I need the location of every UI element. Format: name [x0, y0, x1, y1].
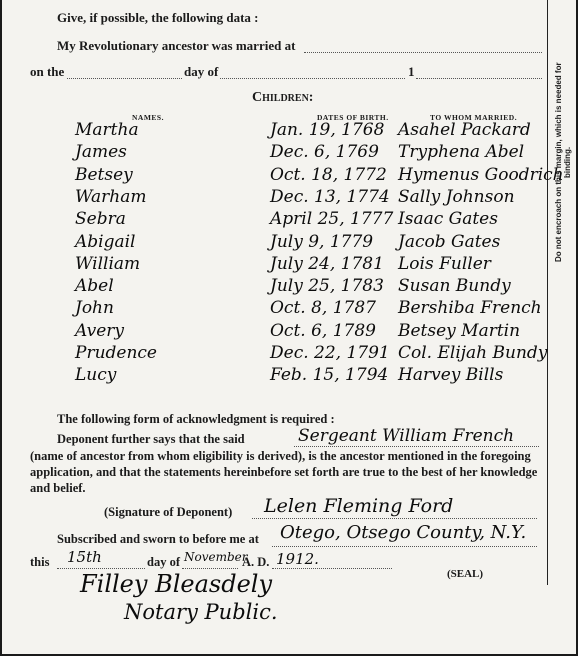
child-date-of-birth: July 25, 1783	[270, 276, 384, 296]
child-spouse: Jacob Gates	[398, 232, 500, 252]
month-field	[220, 78, 405, 79]
year-value: 1912.	[276, 550, 319, 568]
header-line: Give, if possible, the following data :	[57, 10, 259, 26]
day-value: 15th	[67, 548, 102, 566]
child-date-of-birth: July 9, 1779	[270, 232, 373, 252]
notary-title: Notary Public.	[124, 600, 278, 624]
child-name: Avery	[75, 321, 124, 341]
child-spouse: Bershiba French	[398, 298, 542, 318]
married-at-field	[304, 52, 542, 53]
day-of-label-2: day of	[147, 555, 180, 570]
acknowledgment-heading: The following form of acknowledgment is …	[57, 412, 335, 427]
month-value-field	[182, 568, 238, 569]
child-date-of-birth: Dec. 22, 1791	[270, 343, 390, 363]
this-label: this	[30, 555, 49, 570]
signature-field	[252, 518, 537, 519]
child-row: SebraApril 25, 1777Isaac Gates	[2, 209, 547, 230]
year-value-field	[272, 568, 392, 569]
child-date-of-birth: Dec. 13, 1774	[270, 187, 390, 207]
child-date-of-birth: April 25, 1777	[270, 209, 393, 229]
child-spouse: Hymenus Goodrich	[398, 165, 564, 185]
child-name: Lucy	[75, 365, 116, 385]
child-row: JamesDec. 6, 1769Tryphena Abel	[2, 142, 547, 163]
month-value: November	[184, 550, 248, 564]
child-name: Abel	[75, 276, 114, 296]
child-row: AbelJuly 25, 1783Susan Bundy	[2, 276, 547, 297]
children-title: Children:	[252, 90, 313, 106]
notary-signature: Filley Bleasdely	[80, 570, 272, 598]
day-field	[67, 78, 182, 79]
child-date-of-birth: Dec. 6, 1769	[270, 142, 379, 162]
child-spouse: Sally Johnson	[398, 187, 515, 207]
child-spouse: Harvey Bills	[398, 365, 503, 385]
sworn-label: Subscribed and sworn to before me at	[57, 532, 259, 547]
deponent-prefix: Deponent further says that the said	[57, 432, 245, 447]
child-name: Betsey	[75, 165, 133, 185]
on-the-label: on the	[30, 64, 64, 80]
seal-label: (SEAL)	[447, 568, 483, 580]
child-row: WilliamJuly 24, 1781Lois Fuller	[2, 254, 547, 275]
child-name: James	[75, 142, 127, 162]
child-row: BetseyOct. 18, 1772Hymenus Goodrich	[2, 165, 547, 186]
child-date-of-birth: Jan. 19, 1768	[270, 120, 384, 140]
child-date-of-birth: Feb. 15, 1794	[270, 365, 388, 385]
child-name: John	[75, 298, 114, 318]
child-name: Martha	[75, 120, 139, 140]
child-row: LucyFeb. 15, 1794Harvey Bills	[2, 365, 547, 386]
child-name: William	[75, 254, 140, 274]
sworn-place-field	[272, 546, 537, 547]
child-row: JohnOct. 8, 1787Bershiba French	[2, 298, 547, 319]
child-row: PrudenceDec. 22, 1791Col. Elijah Bundy	[2, 343, 547, 364]
day-of-label: day of	[184, 64, 218, 80]
signature-label: (Signature of Deponent)	[104, 505, 232, 520]
child-spouse: Col. Elijah Bundy	[398, 343, 547, 363]
child-spouse: Tryphena Abel	[398, 142, 524, 162]
year-field	[416, 78, 542, 79]
child-date-of-birth: Oct. 8, 1787	[270, 298, 376, 318]
child-row: MarthaJan. 19, 1768Asahel Packard	[2, 120, 547, 141]
ancestor-name-field	[294, 446, 539, 447]
child-name: Warham	[75, 187, 146, 207]
child-spouse: Isaac Gates	[398, 209, 498, 229]
child-name: Sebra	[75, 209, 126, 229]
child-date-of-birth: July 24, 1781	[270, 254, 384, 274]
application-form-page: Do not encroach on this margin, which is…	[2, 0, 576, 654]
day-value-field	[57, 568, 145, 569]
child-name: Abigail	[75, 232, 136, 252]
child-spouse: Betsey Martin	[398, 321, 520, 341]
deponent-signature: Lelen Fleming Ford	[264, 495, 453, 517]
binding-margin-note: Do not encroach on this margin, which is…	[554, 60, 572, 265]
child-row: WarhamDec. 13, 1774Sally Johnson	[2, 187, 547, 208]
child-spouse: Asahel Packard	[398, 120, 531, 140]
child-row: AbigailJuly 9, 1779Jacob Gates	[2, 232, 547, 253]
child-date-of-birth: Oct. 18, 1772	[270, 165, 387, 185]
married-at-label: My Revolutionary ancestor was married at	[57, 38, 295, 54]
child-date-of-birth: Oct. 6, 1789	[270, 321, 376, 341]
year-prefix: 1	[408, 64, 415, 80]
deponent-body: (name of ancestor from whom eligibility …	[30, 448, 545, 496]
child-name: Prudence	[75, 343, 157, 363]
child-spouse: Lois Fuller	[398, 254, 491, 274]
ad-label: A. D.	[242, 555, 269, 570]
sworn-place: Otego, Otsego County, N.Y.	[280, 522, 526, 543]
child-row: AveryOct. 6, 1789Betsey Martin	[2, 321, 547, 342]
child-spouse: Susan Bundy	[398, 276, 511, 296]
ancestor-name: Sergeant William French	[298, 426, 514, 446]
binding-margin-rule	[547, 0, 548, 585]
